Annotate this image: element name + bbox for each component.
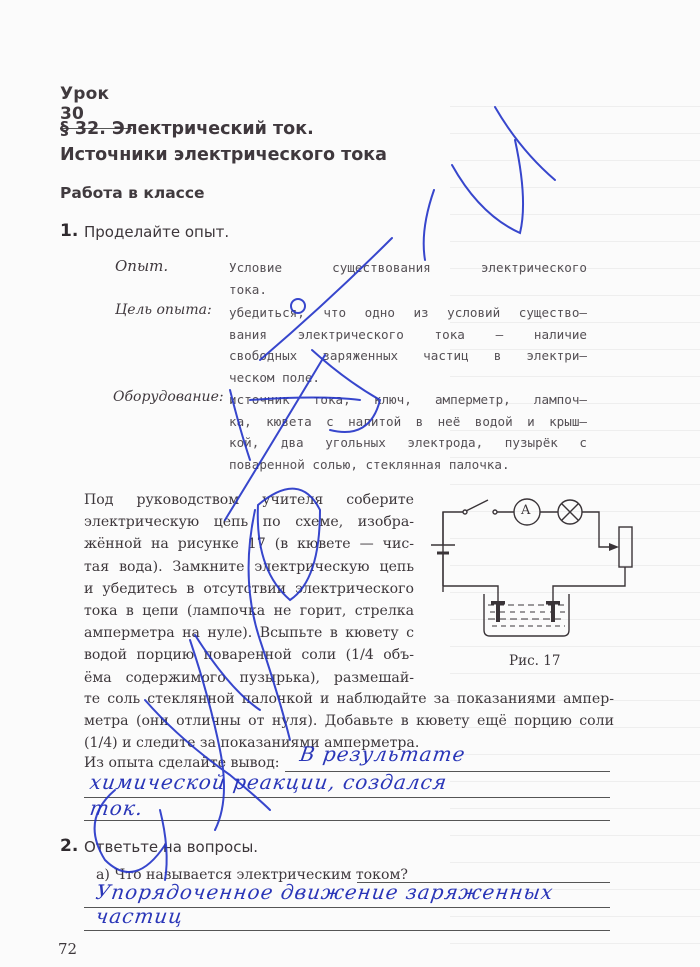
procedure-line: те соль стеклянной палочкой и наблюдайте… bbox=[84, 688, 614, 710]
experiment-label: Опыт. bbox=[115, 257, 168, 275]
bleed-through-texture bbox=[450, 80, 700, 960]
experiment-line: Условие существования электрического bbox=[229, 257, 587, 279]
goal-line: вания электрического тока — наличие bbox=[229, 324, 587, 346]
procedure-line: и убедитесь в отсутствии электрического bbox=[84, 578, 414, 600]
equipment-line: поваренной солью, стеклянная палочка. bbox=[229, 454, 587, 476]
procedure-text: Под руководством учителя соберите электр… bbox=[84, 489, 414, 689]
goal-line: свободных заряженных частиц в электри– bbox=[229, 345, 587, 367]
task-2-number: 2. bbox=[60, 836, 78, 856]
procedure-line: амперметра на нуле). Всыпьте в кювету с bbox=[84, 622, 414, 644]
task-1-number: 1. bbox=[60, 221, 78, 241]
procedure-line: Под руководством учителя соберите bbox=[84, 489, 414, 511]
section-heading: Работа в классе bbox=[60, 184, 205, 202]
equipment-line: ка, кювета с налитой в неё водой и крыш– bbox=[229, 411, 587, 433]
equipment-line: кой, два угольных электрода, пузырёк с bbox=[229, 432, 587, 454]
title-line-2: Источники электрического тока bbox=[60, 142, 387, 168]
answer-line bbox=[84, 820, 610, 821]
answer-line bbox=[84, 797, 610, 798]
handwritten-answer-line: Упорядоченное движение заряженных bbox=[94, 880, 555, 904]
goal-label: Цель опыта: bbox=[115, 302, 212, 318]
handwritten-answer-line: В результате bbox=[298, 742, 467, 766]
procedure-line: тока в цепи (лампочка не горит, стрелка bbox=[84, 600, 414, 622]
task-2-instruction: Ответьте на вопросы. bbox=[84, 838, 258, 856]
handwritten-answer-line: частиц bbox=[94, 904, 185, 928]
figure-caption: Рис. 17 bbox=[509, 653, 560, 669]
experiment-line: тока. bbox=[229, 279, 587, 301]
goal-text: убедиться, что одно из условий существо–… bbox=[229, 302, 587, 388]
procedure-line: водой порцию поваренной соли (1/4 объ- bbox=[84, 644, 414, 666]
procedure-line: ёма содержимого пузырька), размешай- bbox=[84, 667, 414, 689]
goal-line: убедиться, что одно из условий существо– bbox=[229, 302, 587, 324]
equipment-label: Оборудование: bbox=[113, 389, 224, 405]
goal-line: ческом поле. bbox=[229, 367, 587, 389]
procedure-line: электрическую цепь по схеме, изобра- bbox=[84, 511, 414, 533]
experiment-text: Условие существования электрического ток… bbox=[229, 257, 587, 300]
handwritten-answer-line: ток. bbox=[88, 796, 145, 820]
page-number: 72 bbox=[58, 940, 77, 958]
procedure-line: метра (они отличны от нуля). Добавьте в … bbox=[84, 710, 614, 732]
page-title: § 32. Электрический ток. Источники элект… bbox=[60, 116, 387, 168]
equipment-line: источник тока, ключ, амперметр, лампоч– bbox=[229, 389, 587, 411]
procedure-line: жённой на рисунке 17 (в кювете — чис- bbox=[84, 533, 414, 555]
title-line-1: § 32. Электрический ток. bbox=[60, 116, 387, 142]
task-1-instruction: Проделайте опыт. bbox=[84, 223, 229, 241]
equipment-text: источник тока, ключ, амперметр, лампоч– … bbox=[229, 389, 587, 475]
ammeter-symbol: A bbox=[521, 503, 530, 518]
handwritten-answer-line: химической реакции, создался bbox=[88, 770, 449, 794]
procedure-line: тая вода). Замкните электрическую цепь bbox=[84, 556, 414, 578]
answer-line bbox=[84, 930, 610, 931]
